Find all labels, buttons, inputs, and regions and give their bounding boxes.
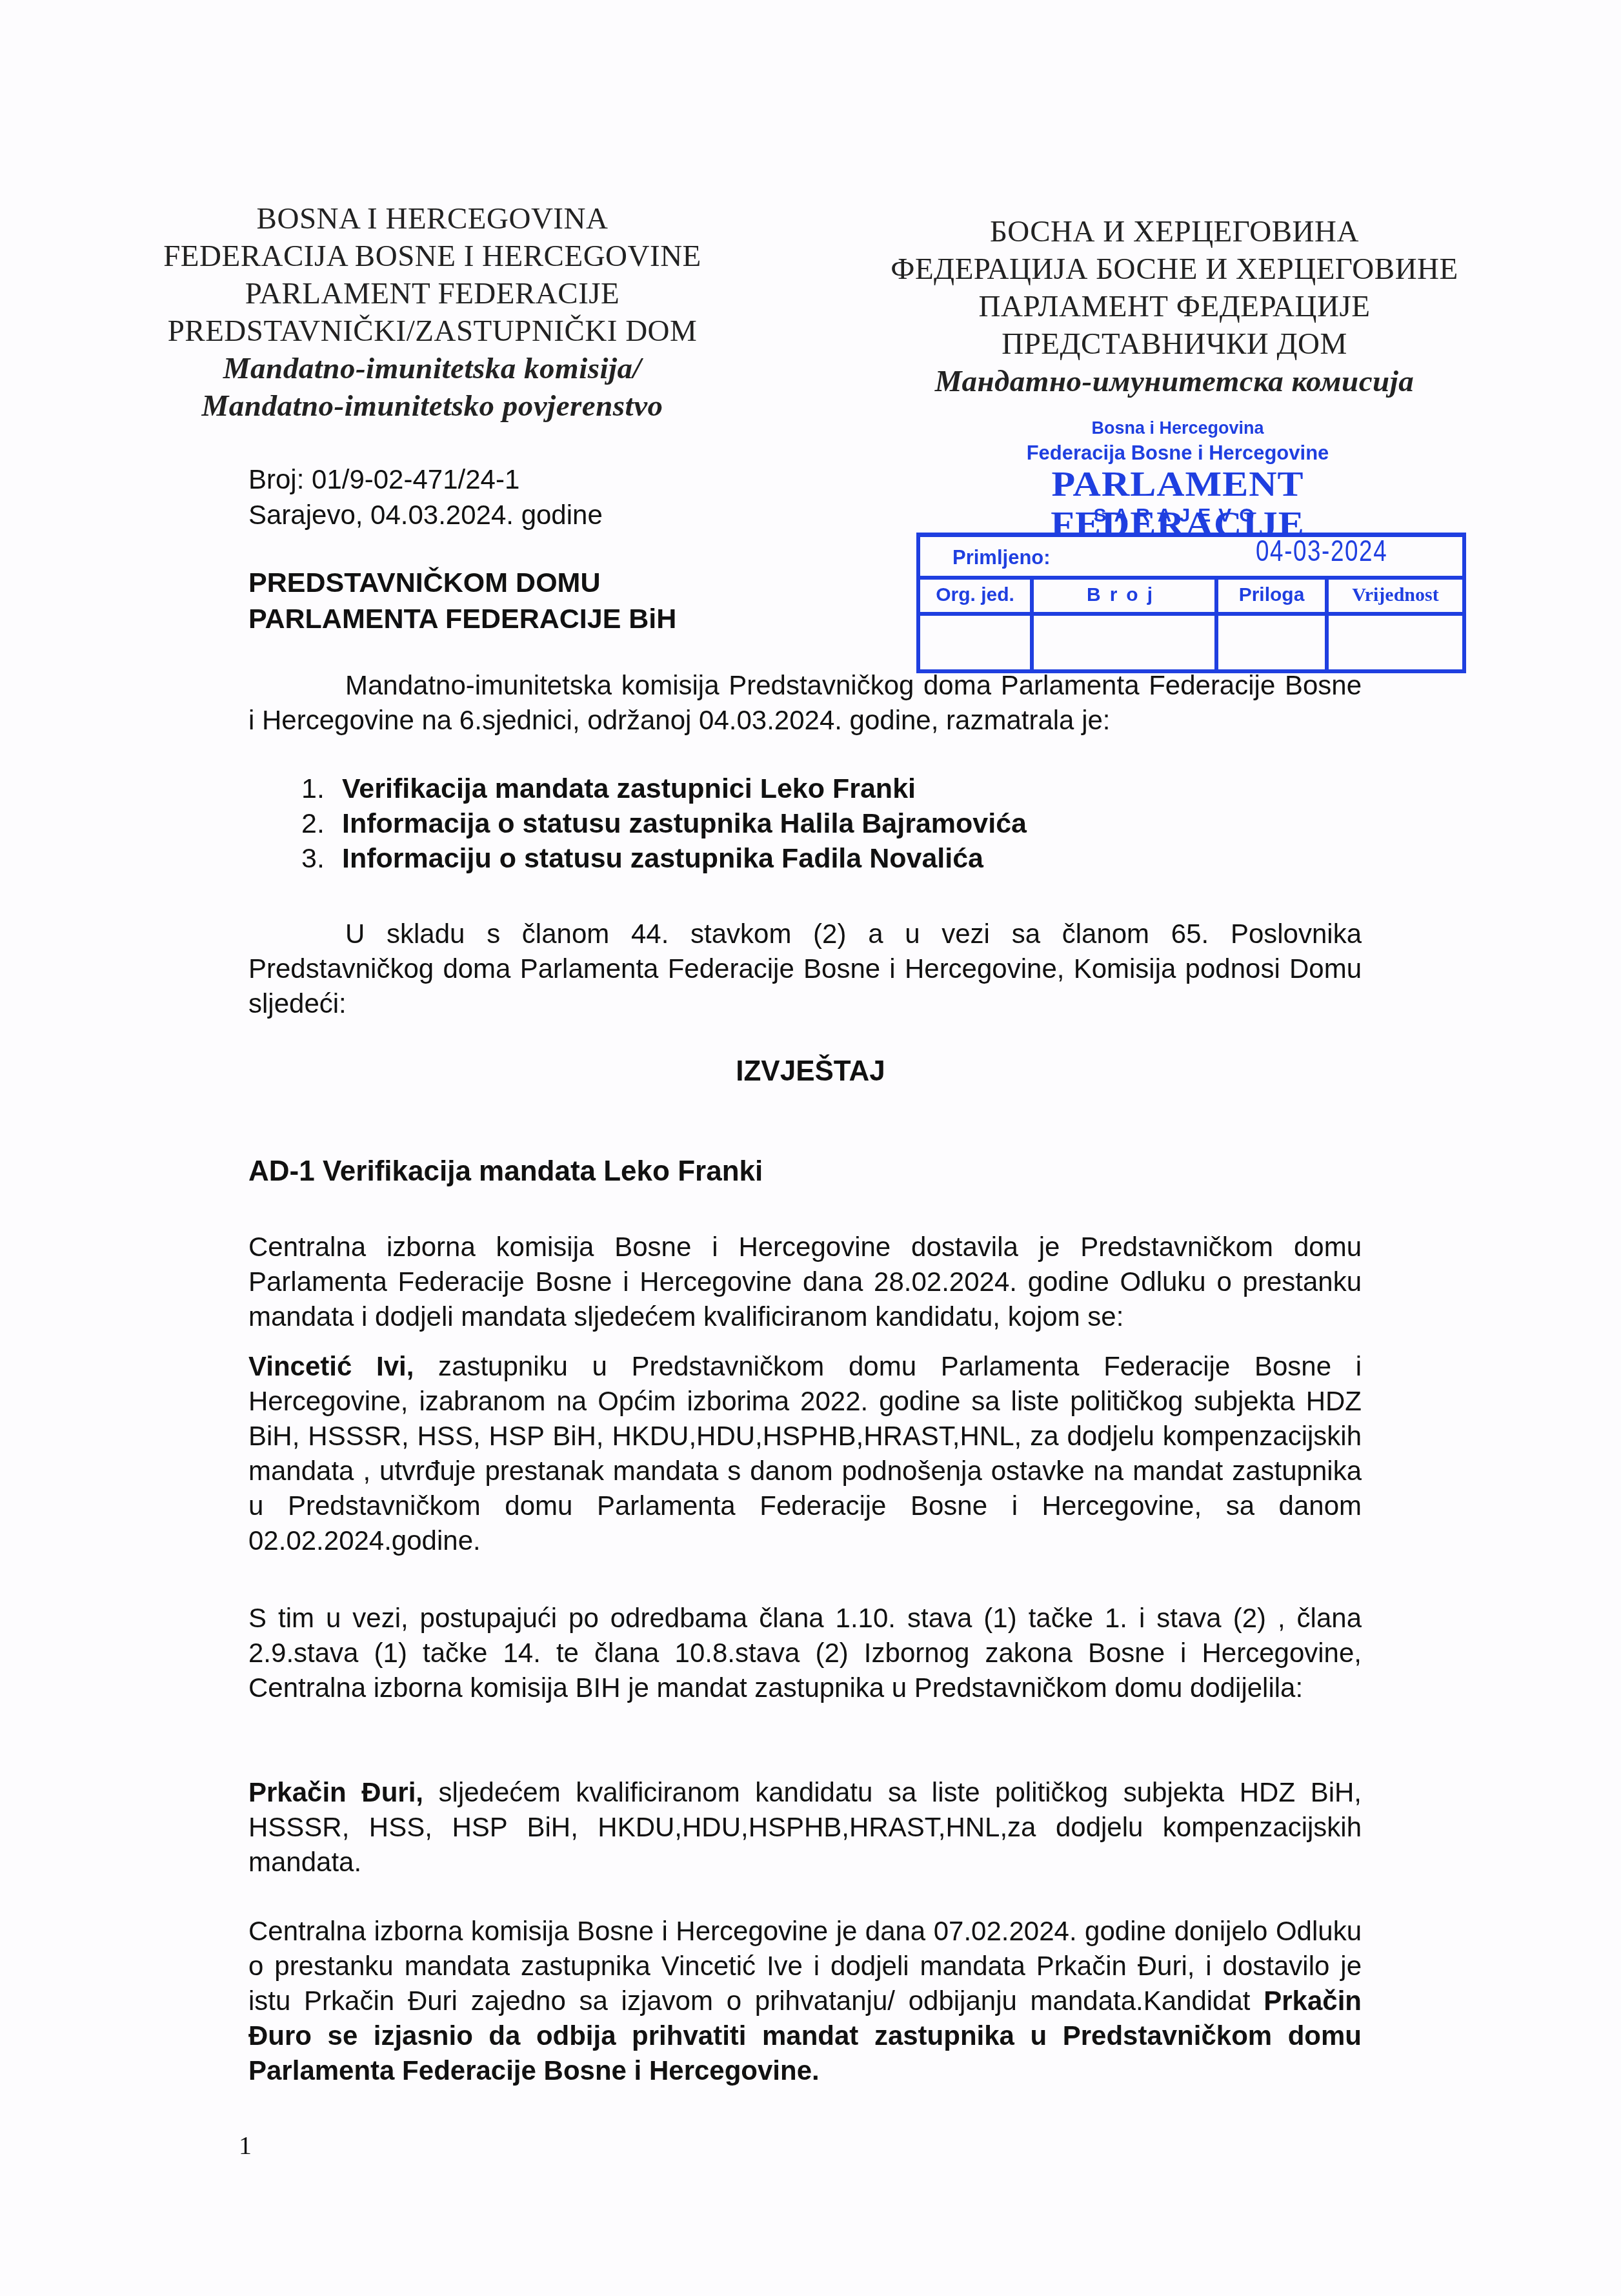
paragraph-text: zastupniku u Predstavničkom domu Parlame… <box>248 1351 1362 1556</box>
agenda-text: Verifikacija mandata zastupnici Leko Fra… <box>342 773 916 804</box>
stamp-column-label: Broj <box>1034 580 1214 616</box>
header-line: БОСНА И ХЕРЦЕГОВИНА <box>852 213 1497 250</box>
legal-basis-paragraph: U skladu s članom 44. stavkom (2) a u ve… <box>248 917 1362 1021</box>
stamp-column: Org. jed. <box>920 580 1034 669</box>
stamp-line: Federacija Bosne i Hercegovine <box>971 442 1384 465</box>
header-line: PARLAMENT FEDERACIJE <box>142 275 723 312</box>
header-line: PREDSTAVNIČKI/ZASTUPNIČKI DOM <box>142 312 723 350</box>
document-date: Sarajevo, 04.03.2024. godine <box>248 497 603 533</box>
report-title: IZVJEŠTAJ <box>0 1055 1621 1088</box>
stamp-column: Vrijednost <box>1329 580 1462 669</box>
person-name: Prkačin Đuri, <box>248 1777 423 1807</box>
section-heading: AD-1 Verifikacija mandata Leko Franki <box>248 1155 763 1188</box>
document-meta: Broj: 01/9-02-471/24-1 Sarajevo, 04.03.2… <box>248 462 603 533</box>
stamp-received-label: Primljeno: <box>952 546 1051 569</box>
cik-paragraph: Centralna izborna komisija Bosne i Herce… <box>248 1230 1362 1334</box>
received-stamp: Bosna i Hercegovina Federacija Bosne i H… <box>913 413 1475 671</box>
paragraph-text: Centralna izborna komisija Bosne i Herce… <box>248 1916 1362 2016</box>
agenda-item: 2.Informacija o statusu zastupnika Halil… <box>342 806 1027 841</box>
header-line: BOSNA I HERCEGOVINA <box>142 200 723 238</box>
legal-reference-paragraph: S tim u vezi, postupajući po odredbama č… <box>248 1601 1362 1705</box>
header-latin: BOSNA I HERCEGOVINA FEDERACIJA BOSNE I H… <box>142 200 723 425</box>
addressee-line: PREDSTAVNIČKOM DOMU <box>248 565 676 601</box>
agenda-item: 3.Informaciju o statusu zastupnika Fadil… <box>342 841 1027 876</box>
decision-paragraph: Centralna izborna komisija Bosne i Herce… <box>248 1914 1362 2088</box>
stamp-received-date: 04-03-2024 <box>1256 533 1387 568</box>
header-line: ПРЕДСТАВНИЧКИ ДОМ <box>852 325 1497 363</box>
commission-name-alt: Mandatno-imunitetsko povjerenstvo <box>142 387 723 425</box>
stamp-city: SARAJEVO <box>1010 505 1345 527</box>
agenda-list: 1.Verifikacija mandata zastupnici Leko F… <box>342 771 1027 876</box>
agenda-text: Informacija o statusu zastupnika Halila … <box>342 808 1027 839</box>
stamp-column-label: Vrijednost <box>1329 580 1462 616</box>
stamp-received-row: Primljeno: 04-03-2024 <box>920 537 1462 580</box>
stamp-column: Broj <box>1034 580 1218 669</box>
stamp-column: Priloga <box>1218 580 1329 669</box>
prkacin-paragraph: Prkačin Đuri, sljedećem kvalificiranom k… <box>248 1775 1362 1880</box>
agenda-number: 3. <box>301 841 325 876</box>
commission-name-cyrillic: Мандатно-имунитетска комисија <box>852 363 1497 400</box>
person-name: Vincetić Ivi, <box>248 1351 414 1381</box>
stamp-line: Bosna i Hercegovina <box>997 418 1358 438</box>
addressee: PREDSTAVNIČKOM DOMU PARLAMENTA FEDERACIJ… <box>248 565 676 637</box>
agenda-text: Informaciju o statusu zastupnika Fadila … <box>342 843 983 874</box>
page-number: 1 <box>239 2130 252 2160</box>
agenda-item: 1.Verifikacija mandata zastupnici Leko F… <box>342 771 1027 806</box>
intro-paragraph: Mandatno-imunitetska komisija Predstavni… <box>248 668 1362 738</box>
vincetic-paragraph: Vincetić Ivi, zastupniku u Predstavničko… <box>248 1349 1362 1558</box>
header-cyrillic: БОСНА И ХЕРЦЕГОВИНА ФЕДЕРАЦИЈА БОСНЕ И Х… <box>852 213 1497 400</box>
agenda-number: 1. <box>301 771 325 806</box>
document-number: Broj: 01/9-02-471/24-1 <box>248 462 603 497</box>
commission-name: Mandatno-imunitetska komisija/ <box>142 350 723 387</box>
header-line: ФЕДЕРАЦИЈА БОСНЕ И ХЕРЦЕГОВИНЕ <box>852 250 1497 288</box>
stamp-columns: Org. jed. Broj Priloga Vrijednost <box>920 580 1462 669</box>
addressee-line: PARLAMENTA FEDERACIJE BiH <box>248 601 676 637</box>
stamp-column-label: Org. jed. <box>920 580 1030 616</box>
stamp-column-label: Priloga <box>1218 580 1325 616</box>
header-line: FEDERACIJA BOSNE I HERCEGOVINE <box>142 238 723 275</box>
header-line: ПАРЛАМЕНТ ФЕДЕРАЦИЈЕ <box>852 288 1497 325</box>
stamp-box: Primljeno: 04-03-2024 Org. jed. Broj Pri… <box>916 533 1466 673</box>
agenda-number: 2. <box>301 806 325 841</box>
